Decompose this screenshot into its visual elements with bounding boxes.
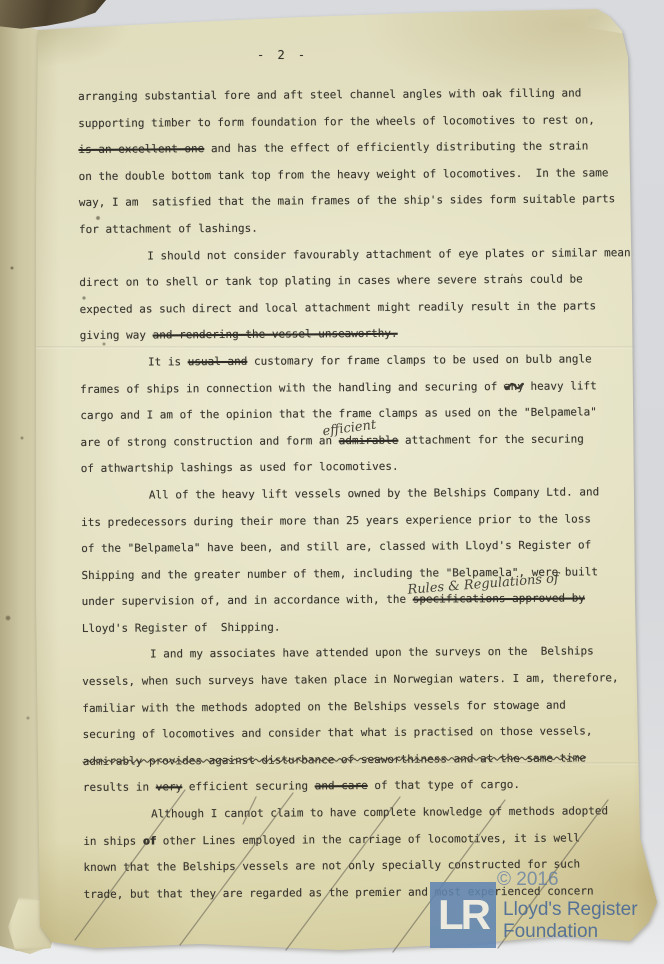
text-segment-strike-typed: admirableefficient <box>339 433 399 446</box>
paragraph: It is usual and customary for frame clam… <box>80 346 664 483</box>
paragraph: Although I cannot claim to have complete… <box>83 798 664 908</box>
text-segment-strike-typed: very <box>156 781 183 794</box>
document-page: - 2 - arranging substantial fore and aft… <box>34 6 664 958</box>
text-segment-strike-typed: specifications approved byRules & Regula… <box>413 592 585 606</box>
scanned-document-photo: - 2 - arranging substantial fore and aft… <box>0 0 664 964</box>
text-segment-overtyped: of <box>143 834 156 847</box>
text-segment-strike-scribble: any <box>504 379 524 392</box>
text-segment-strike-typed: usual and <box>188 355 248 368</box>
dogear-top-right <box>586 9 624 35</box>
text-segment-strike-pencil: admirably provides against disturbance o… <box>83 751 586 768</box>
paragraph: I and my associates have attended upon t… <box>82 638 664 802</box>
handwritten-annotation: efficient <box>321 412 378 445</box>
text-segment-strike-typed: and rendering the vessel unseaworthy. <box>153 327 398 342</box>
text-segment: efficient securing <box>182 780 315 794</box>
text-segment: of that type of cargo. <box>368 778 520 792</box>
text-segment: It is <box>148 355 188 368</box>
handwritten-annotation: ʹ <box>509 266 515 293</box>
document-body: arranging substantial fore and aft steel… <box>78 80 664 908</box>
text-segment-strike-typed: is an excellent one <box>78 142 204 156</box>
page-number: - 2 - <box>257 48 308 62</box>
text-segment: arranging substantial fore and aft steel… <box>78 86 595 129</box>
page-shadow-wrap: - 2 - arranging substantial fore and aft… <box>0 0 664 964</box>
paragraph: arranging substantial fore and aft steel… <box>78 80 663 244</box>
text-segment: other Lines employed in the carriage of … <box>83 831 593 901</box>
paragraph: All of the heavy lift vessels owned by t… <box>81 479 664 643</box>
text-segment: I and my associates have attended upon t… <box>82 645 619 741</box>
paragraph: I should not consider favourably attachm… <box>79 239 664 349</box>
text-segment-strike-typed: and care <box>315 779 368 792</box>
text-segment-caret: stransʹ <box>483 273 523 286</box>
